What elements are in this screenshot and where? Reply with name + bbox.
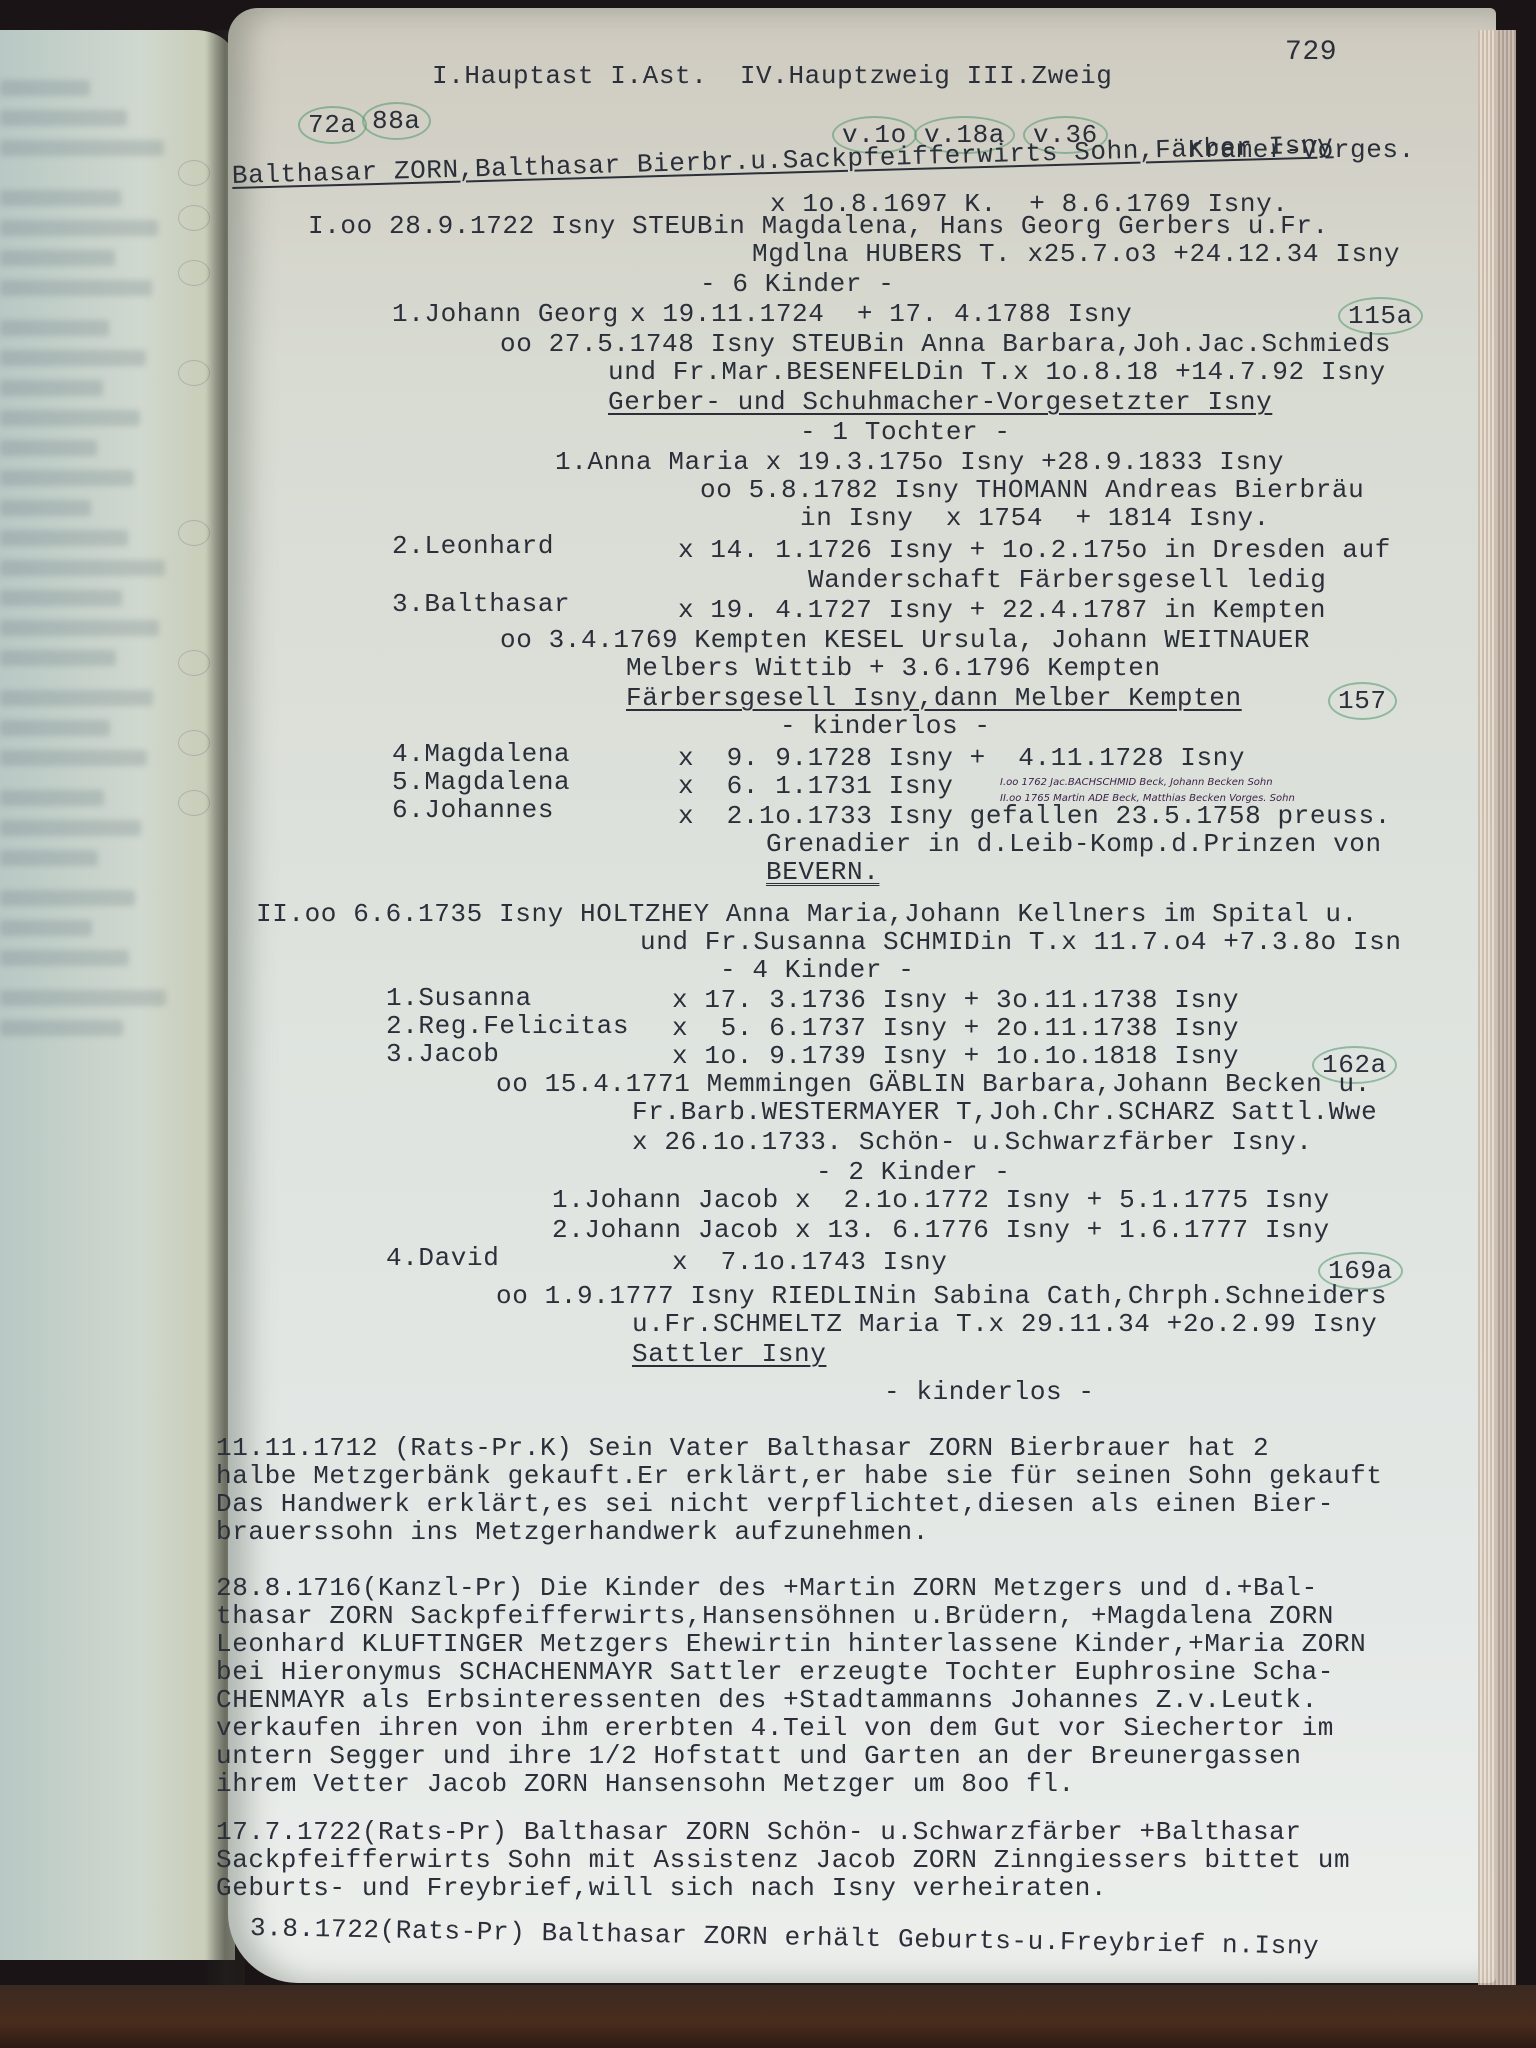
marriage1-line2: Mgdlna HUBERS T. x25.7.o3 +24.12.34 Isny (752, 240, 1400, 269)
child-dates: x 6. 1.1731 Isny (678, 772, 953, 801)
child-occupation: Färbersgesell Isny,dann Melber Kempten (626, 684, 1242, 713)
grandchildren-heading: - 2 Kinder - (816, 1158, 1010, 1187)
archive-note: CHENMAYR als Erbsinteressenten des +Stad… (216, 1686, 1318, 1715)
child-name: 2.Leonhard (392, 532, 554, 561)
child-name: 4.David (386, 1244, 499, 1273)
child-detail: oo 15.4.1771 Memmingen GÄBLIN Barbara,Jo… (496, 1070, 1371, 1099)
child-name: 2.Reg.Felicitas (386, 1012, 629, 1041)
child-detail: x 26.1o.1733. Schön- u.Schwarzfärber Isn… (632, 1128, 1313, 1157)
child-detail: und Fr.Mar.BESENFELDin T.x 1o.8.18 +14.7… (608, 358, 1386, 387)
grandchild: 2.Johann Jacob x 13. 6.1776 Isny + 1.6.1… (552, 1216, 1330, 1245)
archive-note: 3.8.1722(Rats-Pr) Balthasar ZORN erhält … (250, 1914, 1320, 1962)
child-detail: Fr.Barb.WESTERMAYER T,Joh.Chr.SCHARZ Sat… (632, 1098, 1377, 1127)
grandchild: 1.Anna Maria x 19.3.175o Isny +28.9.1833… (555, 448, 1284, 477)
kinderlos-note: - kinderlos - (780, 712, 991, 741)
child-dates: x 1o. 9.1739 Isny + 1o.1o.1818 Isny (672, 1042, 1239, 1071)
child-detail: BEVERN. (766, 858, 879, 887)
child-detail: Wanderschaft Färbersgesell ledig (808, 566, 1326, 595)
grandchild-detail: oo 5.8.1782 Isny THOMANN Andreas Bierbrä… (700, 476, 1364, 505)
child-dates: x 19.11.1724 + 17. 4.1788 Isny (630, 300, 1132, 329)
child-detail: u.Fr.SCHMELTZ Maria T.x 29.11.34 +2o.2.9… (632, 1310, 1377, 1339)
ref-mark: 157 (1328, 682, 1397, 720)
child-name: 5.Magdalena (392, 768, 570, 797)
child-occupation: Sattler Isny (632, 1340, 826, 1369)
child-name: 6.Johannes (392, 796, 554, 825)
archive-note: 17.7.1722(Rats-Pr) Balthasar ZORN Schön-… (216, 1818, 1302, 1847)
child-name: 4.Magdalena (392, 740, 570, 769)
child-detail: Grenadier in d.Leib-Komp.d.Prinzen von (766, 830, 1382, 859)
page-number: 729 (1285, 38, 1337, 67)
archive-note: verkaufen ihren von ihm ererbten 4.Teil … (216, 1714, 1334, 1743)
child-name: 1.Johann Georg (392, 300, 619, 329)
ref-mark-88a: 88a (362, 102, 431, 140)
marriage2-line1: II.oo 6.6.1735 Isny HOLTZHEY Anna Maria,… (256, 900, 1358, 929)
archive-note: thasar ZORN Sackpfeifferwirts,Hansensöhn… (216, 1602, 1334, 1631)
child-detail: oo 3.4.1769 Kempten KESEL Ursula, Johann… (500, 626, 1310, 655)
archive-note: Das Handwerk erklärt,es sei nicht verpfl… (216, 1490, 1334, 1519)
archive-note: ihrem Vetter Jacob ZORN Hansensohn Metzg… (216, 1770, 1075, 1799)
grandchild: 1.Johann Jacob x 2.1o.1772 Isny + 5.1.17… (552, 1186, 1330, 1215)
kinderlos-note: - kinderlos - (884, 1378, 1095, 1407)
child-dates: x 19. 4.1727 Isny + 22.4.1787 in Kempten (678, 596, 1326, 625)
ref-mark-72a: 72a (298, 106, 367, 144)
typewritten-content: 729 I.Hauptast I.Ast. IV.Hauptzweig III.… (0, 0, 1536, 2048)
marriage1-line1: I.oo 28.9.1722 Isny STEUBin Magdalena, H… (308, 212, 1329, 241)
archive-note: 28.8.1716(Kanzl-Pr) Die Kinder des +Mart… (216, 1574, 1318, 1603)
archive-note: Sackpfeifferwirts Sohn mit Assistenz Jac… (216, 1846, 1350, 1875)
marriage2-line2: und Fr.Susanna SCHMIDin T.x 11.7.o4 +7.3… (640, 928, 1402, 957)
branch-heading: I.Hauptast I.Ast. IV.Hauptzweig III.Zwei… (432, 62, 1113, 91)
child-name: 1.Susanna (386, 984, 532, 1013)
child-name: 3.Jacob (386, 1040, 499, 1069)
child-name: 3.Balthasar (392, 590, 570, 619)
marriage1-children-heading: - 6 Kinder - (700, 270, 894, 299)
archive-note: bei Hieronymus SCHACHENMAYR Sattler erze… (216, 1658, 1334, 1687)
marriage2-children-heading: - 4 Kinder - (720, 956, 914, 985)
child-dates: x 5. 6.1737 Isny + 2o.11.1738 Isny (672, 1014, 1239, 1043)
child-detail: oo 27.5.1748 Isny STEUBin Anna Barbara,J… (500, 330, 1391, 359)
subject-name-line: Balthasar ZORN,Balthasar Bierbr.u.Sackpf… (232, 131, 1334, 191)
child-detail: oo 1.9.1777 Isny RIEDLINin Sabina Cath,C… (496, 1282, 1387, 1311)
child-dates: x 17. 3.1736 Isny + 3o.11.1738 Isny (672, 986, 1239, 1015)
child-detail: Melbers Wittib + 3.6.1796 Kempten (626, 654, 1161, 683)
archive-note: halbe Metzgerbänk gekauft.Er erklärt,er … (216, 1462, 1383, 1491)
archive-note: Geburts- und Freybrief,will sich nach Is… (216, 1874, 1107, 1903)
child-occupation: Gerber- und Schuhmacher-Vorgesetzter Isn… (608, 388, 1272, 417)
child-dates: x 2.1o.1733 Isny gefallen 23.5.1758 preu… (678, 802, 1391, 831)
grandchildren-heading: - 1 Tochter - (800, 418, 1011, 447)
child-dates: x 14. 1.1726 Isny + 1o.2.175o in Dresden… (678, 536, 1391, 565)
archive-note: 11.11.1712 (Rats-Pr.K) Sein Vater Baltha… (216, 1434, 1269, 1463)
grandchild-detail: in Isny x 1754 + 1814 Isny. (800, 504, 1270, 533)
archive-note: untern Segger und ihre 1/2 Hofstatt und … (216, 1742, 1302, 1771)
archive-note: Leonhard KLUFTINGER Metzgers Ehewirtin h… (216, 1630, 1366, 1659)
archive-note: brauerssohn ins Metzgerhandwerk aufzuneh… (216, 1518, 929, 1547)
child-dates: x 7.1o.1743 Isny (672, 1248, 947, 1277)
